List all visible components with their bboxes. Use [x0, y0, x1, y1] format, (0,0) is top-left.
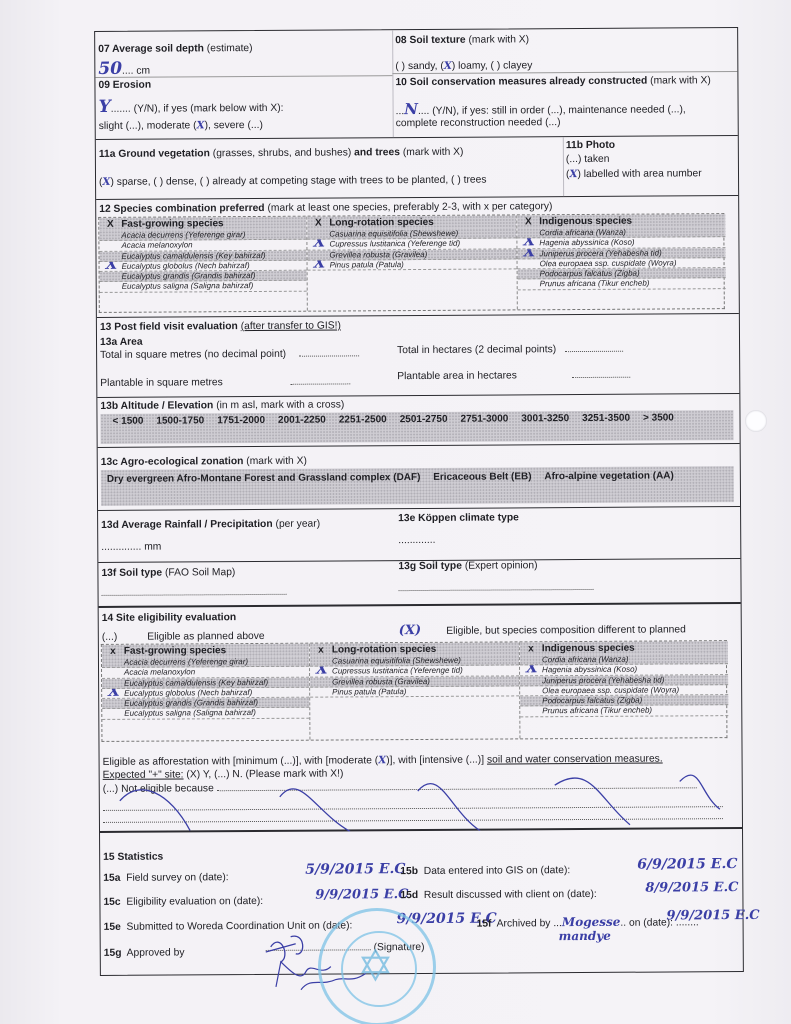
species-name: Eucalyptus camaldulensis (Key bahirzaf)	[121, 251, 265, 261]
s13e-heading: 13e Köppen climate type	[398, 512, 519, 524]
agro-zone-eb[interactable]: Ericaceous Belt (EB)	[433, 471, 531, 483]
s09-field[interactable]: Y....... (Y/N), if yes (mark below with …	[99, 96, 284, 117]
species-name: Cupressus lustitanica (Yeferenge tid)	[329, 239, 460, 249]
s12-species-table: XFast-growing speciesAcacia decurrens (Y…	[98, 213, 725, 313]
star-icon: ✡	[357, 941, 394, 992]
s13b-heading: 13b Altitude / Elevation (in m asl, mark…	[100, 399, 344, 411]
altitude-range-option[interactable]: 2001-2250	[278, 415, 326, 426]
altitude-range-option[interactable]: 1751-2000	[217, 415, 265, 426]
s11a-options[interactable]: (X) sparse, ( ) dense, ( ) already at co…	[99, 174, 487, 188]
species-row[interactable]: Eucalyptus saligna (Saligna bahirzaf)	[100, 281, 307, 293]
altitude-range-option[interactable]: 3251-3500	[582, 413, 630, 424]
s13g-heading: 13g Soil type (Expert opinion)	[398, 560, 537, 572]
species-name: Olea europaea ssp. cuspidate (Woyra)	[542, 685, 679, 695]
species-name: Acacia melanoxylon	[124, 668, 195, 677]
s13a-heading: 13a Area	[100, 337, 143, 348]
altitude-range-option[interactable]: < 1500	[112, 416, 143, 427]
s11b-taken[interactable]: (...) taken	[566, 154, 610, 165]
plantable-ha-field[interactable]: Plantable area in hectares	[397, 370, 630, 382]
s08-heading: 08 Soil texture (mark with X)	[395, 34, 529, 46]
altitude-range-option[interactable]: 1500-1750	[156, 415, 204, 426]
species-column-header: xIndigenous species	[520, 641, 728, 655]
agro-zone-options[interactable]: Dry evergreen Afro-Montane Forest and Gr…	[101, 466, 734, 506]
species-name: Eucalyptus saligna (Saligna bahirzaf)	[124, 708, 256, 718]
s12-heading: 12 Species combination preferred (mark a…	[99, 201, 552, 215]
altitude-range-option[interactable]: 2501-2750	[400, 414, 448, 425]
section-vegetation: 11a Ground vegetation (grasses, shrubs, …	[96, 136, 738, 200]
s14-species-table: xFast-growing speciesAcacia decurrens (Y…	[101, 640, 728, 742]
species-column-header: xLong-rotation species	[310, 642, 519, 656]
species-name: Hagenia abyssinica (Koso)	[542, 665, 637, 675]
species-name: Grevillea robusta (Gravilea)	[329, 250, 427, 260]
altitude-options[interactable]: < 15001500-17501751-20002001-22502251-25…	[100, 410, 733, 444]
species-name: Acacia decurrens (Yeferenge girar)	[124, 657, 248, 667]
s13f-heading: 13f Soil type (FAO Soil Map)	[101, 567, 235, 579]
species-name: Hagenia abyssinica (Koso)	[539, 238, 634, 248]
species-name: Acacia melanoxylon	[121, 241, 192, 250]
section-soil: 07 Average soil depth (estimate) 50.... …	[95, 28, 738, 140]
agro-zone-daf[interactable]: Dry evergreen Afro-Montane Forest and Gr…	[107, 472, 421, 485]
species-column-header: XFast-growing species	[99, 217, 306, 231]
client-discussion-date[interactable]: 15d Result discussed with client on (dat…	[400, 889, 596, 901]
species-name: Acacia decurrens (Yeferenge girar)	[121, 230, 245, 240]
archived-by[interactable]: 15f Archived by ...Mogesse.. on (date): …	[477, 914, 699, 929]
cross-mark: X	[313, 239, 325, 248]
eligibility-value: 9/9/2015 E.C	[315, 887, 408, 903]
species-name: Pinus patula (Patula)	[330, 260, 404, 269]
gis-entry-date[interactable]: 15b Data entered into GIS on (date):	[400, 865, 570, 877]
archived-date-value: 9/9/2015 E.C	[666, 908, 759, 924]
species-name: Prunus africana (Tikur encheb)	[542, 706, 652, 716]
official-stamp: ✡	[318, 908, 436, 1024]
section-species-preferred: 12 Species combination preferred (mark a…	[96, 196, 739, 318]
cross-mark: X	[526, 664, 538, 673]
cross-mark: X	[314, 259, 326, 268]
altitude-range-option[interactable]: 3001-3250	[521, 413, 569, 424]
s08-options[interactable]: ( ) sandy, (X) loamy, ( ) clayey	[395, 59, 532, 72]
cross-mark: X	[108, 688, 120, 697]
scanned-page: 07 Average soil depth (estimate) 50.... …	[0, 0, 791, 1024]
species-column-header: XLong-rotation species	[307, 215, 516, 229]
soil-fao-field[interactable]	[102, 587, 287, 599]
species-name: Eucalyptus globolus (Nech bahirzaf)	[124, 688, 252, 698]
species-name: Olea europaea ssp. cuspidate (Woyra)	[540, 258, 677, 268]
cross-mark: X	[316, 666, 328, 675]
altitude-range-option[interactable]: 2251-2500	[339, 414, 387, 425]
species-name: Casuarina equisitifolia (Shewshewe)	[329, 229, 458, 239]
altitude-range-option[interactable]: 2751-3000	[460, 413, 508, 424]
species-name: Juniperus procera (Yehabesha tid)	[539, 248, 661, 258]
section-soil-type: 13f Soil type (FAO Soil Map) 13g Soil ty…	[98, 559, 740, 608]
species-name: Prunus africana (Tikur encheb)	[540, 279, 650, 289]
cross-mark: X	[523, 237, 535, 246]
cross-mark: X	[106, 261, 118, 270]
species-row[interactable]: XPinus patula (Patula)	[308, 259, 517, 271]
s07-heading: 07 Average soil depth (estimate)	[98, 43, 252, 55]
eligibility-date[interactable]: 15c Eligibility evaluation on (date):	[103, 896, 263, 908]
species-name: Grevillea robusta (Gravilea)	[332, 677, 430, 687]
s10-line2: complete reconstruction needed (...)	[396, 117, 561, 129]
soil-expert-field[interactable]	[398, 582, 593, 594]
species-name: Podocarpus falcatus (Zigba)	[540, 269, 640, 279]
field-survey-date[interactable]: 15a Field survey on (date):	[103, 872, 228, 884]
s09-severity[interactable]: slight (...), moderate (X), severe (...)	[99, 119, 263, 132]
species-name: Cupressus lustitanica (Yeferenge tid)	[332, 666, 463, 676]
s15-heading: 15 Statistics	[103, 852, 163, 863]
total-ha-field[interactable]: Total in hectares (2 decimal points)	[397, 344, 623, 356]
s09-heading: 09 Erosion	[98, 80, 151, 91]
section-rainfall: 13d Average Rainfall / Precipitation (pe…	[98, 507, 740, 563]
approved-by[interactable]: 15g Approved by	[104, 947, 185, 958]
species-name: Eucalyptus camaldulensis (Key bahirzaf)	[124, 678, 268, 688]
species-column-header: xFast-growing species	[102, 644, 309, 658]
eligible-different[interactable]: (X)Eligible, but species composition dif…	[399, 621, 686, 638]
species-name: Cordia africana (Wanza)	[539, 228, 626, 238]
s10-field[interactable]: ...N.... (Y/N), if yes: still in order (…	[396, 98, 686, 118]
species-name: Casuarina equisitifolia (Shewshewe)	[332, 656, 461, 666]
s13c-heading: 13c Agro-ecological zonation (mark with …	[101, 456, 307, 468]
punch-hole	[745, 410, 767, 432]
gis-entry-value: 6/9/2015 E.C	[637, 856, 737, 873]
species-column-header: XIndigenous species	[517, 214, 725, 228]
species-row[interactable]: Prunus africana (Tikur encheb)	[518, 279, 726, 291]
s10-heading: 10 Soil conservation measures already co…	[395, 75, 710, 88]
section-altitude: 13b Altitude / Elevation (in m asl, mark…	[97, 394, 739, 448]
s13d-heading: 13d Average Rainfall / Precipitation (pe…	[101, 519, 320, 531]
altitude-range-option[interactable]: > 3500	[643, 412, 674, 423]
cross-mark: X	[523, 248, 535, 257]
s11b-labelled[interactable]: (X) labelled with area number	[566, 167, 702, 180]
species-name: Cordia africana (Wanza)	[542, 655, 629, 665]
section-area: 13 Post field visit evaluation (after tr…	[97, 314, 739, 398]
client-discussion-value: 8/9/2015 E.C	[645, 880, 738, 896]
site-assessment-form: 07 Average soil depth (estimate) 50.... …	[94, 27, 744, 976]
species-name: Eucalyptus grandis (Grandis bahirzaf)	[122, 271, 256, 281]
section-agro-zone: 13c Agro-ecological zonation (mark with …	[98, 444, 740, 511]
field-survey-value: 5/9/2015 E.C	[305, 861, 405, 878]
plantable-sqm-field[interactable]: Plantable in square metres	[100, 376, 350, 389]
species-name: Pinus patula (Patula)	[332, 687, 406, 696]
total-sqm-field[interactable]: Total in square metres (no decimal point…	[100, 348, 359, 361]
species-row[interactable]: Pinus patula (Patula)	[310, 686, 519, 698]
strike-through-scribbles	[100, 769, 740, 833]
s11b-heading: 11b Photo	[566, 140, 615, 151]
species-name: Podocarpus falcatus (Zigba)	[542, 696, 642, 706]
afforestation-level[interactable]: Eligible as afforestation with [minimum …	[103, 753, 663, 768]
s13-heading: 13 Post field visit evaluation (after tr…	[100, 320, 341, 332]
s11a-heading: 11a Ground vegetation (grasses, shrubs, …	[99, 147, 464, 160]
agro-zone-aa[interactable]: Afro-alpine vegetation (AA)	[544, 470, 674, 482]
species-name: Eucalyptus saligna (Saligna bahirzaf)	[122, 281, 254, 291]
species-name: Eucalyptus globolus (Nech bahirzaf)	[122, 261, 250, 271]
species-name: Juniperus procera (Yehabesha tid)	[542, 675, 664, 685]
eligible-as-planned[interactable]: (...)Eligible as planned above	[102, 631, 265, 643]
archived-by-name2: mandye	[559, 929, 611, 943]
s14-heading: 14 Site eligibility evaluation	[102, 612, 237, 624]
species-name: Eucalyptus grandis (Grandis bahirzaf)	[124, 698, 258, 708]
species-row[interactable]: Eucalyptus saligna (Saligna bahirzaf)	[102, 708, 309, 720]
section-eligibility: 14 Site eligibility evaluation (...)Elig…	[99, 604, 742, 833]
species-row[interactable]: Prunus africana (Tikur encheb)	[520, 706, 728, 718]
koppen-field[interactable]: .............	[398, 535, 435, 546]
rainfall-field[interactable]: .............. mm	[101, 542, 161, 553]
